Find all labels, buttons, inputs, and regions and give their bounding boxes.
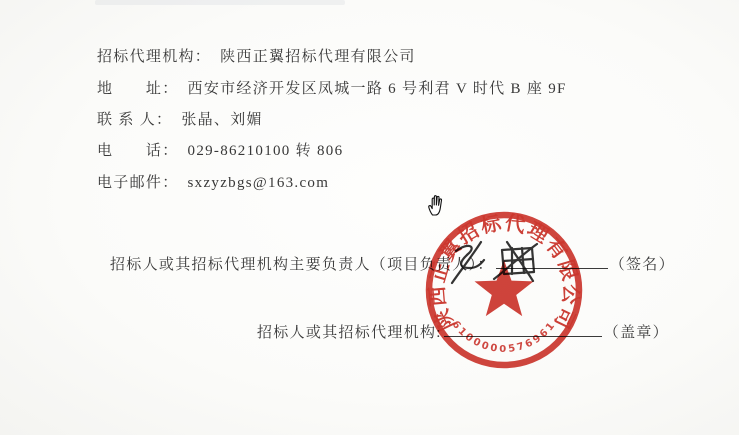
stamp-suffix: （盖章） xyxy=(604,325,669,341)
seal-number-text: 6100000576961 xyxy=(449,319,558,355)
hand-grab-cursor-icon xyxy=(427,194,447,216)
agency-name-row: 招标代理机构：陕西正翼招标代理有限公司 xyxy=(97,45,416,66)
address-label: 地 址： xyxy=(97,81,179,97)
agency-label: 招标代理机构： xyxy=(97,49,211,65)
phone-label: 电 话： xyxy=(97,143,179,159)
address-value: 西安市经济开发区凤城一路 6 号利君 V 时代 B 座 9F xyxy=(179,81,567,97)
phone-value: 029-86210100 转 806 xyxy=(179,143,344,159)
contact-label: 联 系 人： xyxy=(97,112,172,128)
phone-row: 电 话：029-86210100 转 806 xyxy=(97,139,343,160)
contact-value: 张晶、刘媚 xyxy=(172,112,263,128)
signature-suffix: （签名） xyxy=(610,257,675,273)
address-row: 地 址：西安市经济开发区凤城一路 6 号利君 V 时代 B 座 9F xyxy=(97,77,567,98)
seal-graphic: 陕西正翼招标代理有限公司 6100000576961 xyxy=(417,205,597,385)
official-seal: 陕西正翼招标代理有限公司 6100000576961 xyxy=(417,205,597,385)
email-label: 电子邮件： xyxy=(97,175,179,191)
contact-person-row: 联 系 人：张晶、刘媚 xyxy=(97,108,263,129)
agency-value: 陕西正翼招标代理有限公司 xyxy=(211,49,416,65)
scanned-document-page: 招标代理机构：陕西正翼招标代理有限公司 地 址：西安市经济开发区凤城一路 6 号… xyxy=(0,0,739,435)
handwritten-signature xyxy=(446,238,546,290)
email-value: sxzyzbgs@163.com xyxy=(179,175,330,191)
email-row: 电子邮件：sxzyzbgs@163.com xyxy=(97,171,329,192)
scan-artifact xyxy=(95,0,345,5)
organization-label: 招标人或其招标代理机构: xyxy=(257,325,442,341)
